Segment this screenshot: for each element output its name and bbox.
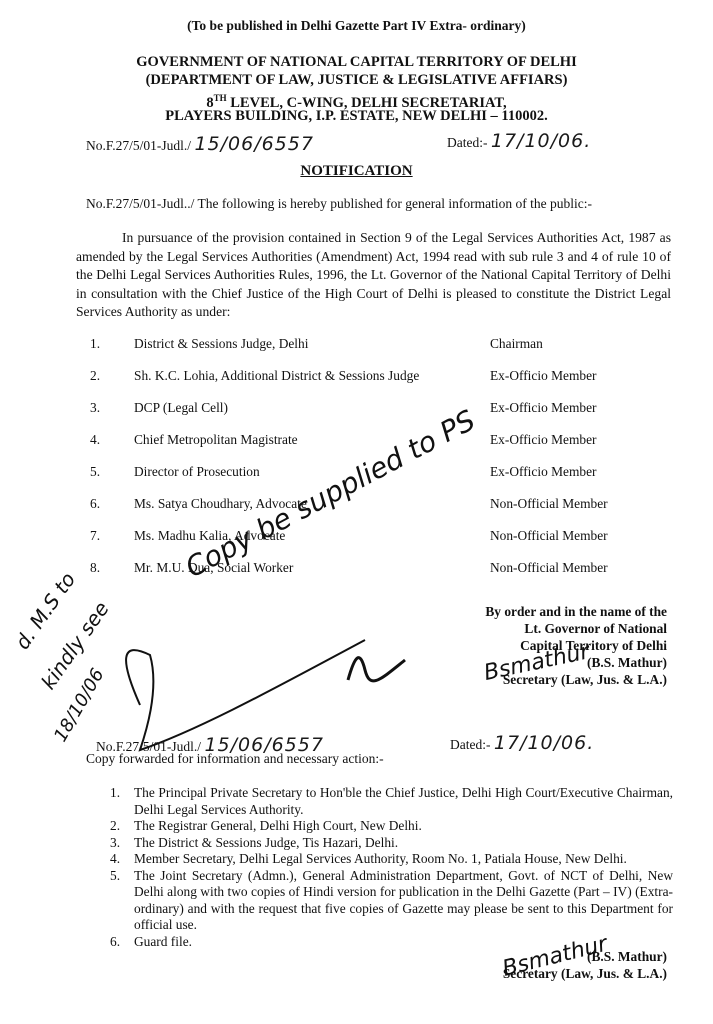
recipient-item: 2.The Registrar General, Delhi High Cour… bbox=[110, 818, 673, 835]
recipient-text: The Joint Secretary (Admn.), General Adm… bbox=[134, 868, 673, 933]
recipient-number: 6. bbox=[110, 934, 120, 951]
member-name: Chief Metropolitan Magistrate bbox=[134, 432, 298, 448]
reference-handwritten-number: 15/06/6557 bbox=[194, 133, 314, 155]
recipient-text: The Principal Private Secretary to Hon'b… bbox=[134, 785, 673, 817]
member-role: Non-Official Member bbox=[490, 496, 608, 512]
member-role: Chairman bbox=[490, 336, 543, 352]
body-paragraph: In pursuance of the provision contained … bbox=[76, 229, 671, 322]
recipient-text: Guard file. bbox=[134, 934, 192, 949]
publication-note: (To be published in Delhi Gazette Part I… bbox=[0, 18, 713, 34]
handwritten-note-copy: Copy be supplied to PS bbox=[180, 403, 481, 584]
member-number: 3. bbox=[90, 400, 100, 416]
recipient-number: 5. bbox=[110, 868, 120, 885]
recipient-item: 5.The Joint Secretary (Admn.), General A… bbox=[110, 868, 673, 934]
member-number: 1. bbox=[90, 336, 100, 352]
member-role: Non-Official Member bbox=[490, 528, 608, 544]
recipient-text: The District & Sessions Judge, Tis Hazar… bbox=[134, 835, 398, 850]
member-name: DCP (Legal Cell) bbox=[134, 400, 228, 416]
recipient-text: The Registrar General, Delhi High Court,… bbox=[134, 818, 422, 833]
intro-line: No.F.27/5/01-Judl../ The following is he… bbox=[86, 196, 592, 212]
copy-reference-date: Dated:- 17/10/06. bbox=[450, 732, 594, 754]
recipient-number: 3. bbox=[110, 835, 120, 852]
recipient-number: 4. bbox=[110, 851, 120, 868]
header-department: (DEPARTMENT OF LAW, JUSTICE & LEGISLATIV… bbox=[0, 71, 713, 89]
recipient-item: 3.The District & Sessions Judge, Tis Haz… bbox=[110, 835, 673, 852]
order-line2: Lt. Governor of National bbox=[485, 620, 667, 637]
copy-intro: Copy forwarded for information and neces… bbox=[86, 751, 384, 767]
member-number: 4. bbox=[90, 432, 100, 448]
member-number: 6. bbox=[90, 496, 100, 512]
reference-prefix: No.F.27/5/01-Judl./ bbox=[86, 138, 191, 153]
header-government: GOVERNMENT OF NATIONAL CAPITAL TERRITORY… bbox=[0, 53, 713, 71]
dated-handwritten: 17/10/06. bbox=[491, 130, 591, 152]
member-name: District & Sessions Judge, Delhi bbox=[134, 336, 308, 352]
recipients-list: 1.The Principal Private Secretary to Hon… bbox=[110, 785, 673, 950]
member-role: Ex-Officio Member bbox=[490, 432, 596, 448]
member-role: Ex-Officio Member bbox=[490, 368, 596, 384]
notification-title: NOTIFICATION bbox=[0, 163, 713, 180]
member-number: 2. bbox=[90, 368, 100, 384]
header-level-sup: TH bbox=[214, 93, 227, 103]
member-number: 7. bbox=[90, 528, 100, 544]
reference-number: No.F.27/5/01-Judl./ 15/06/6557 bbox=[86, 133, 314, 155]
dated-label: Dated:- bbox=[447, 135, 487, 150]
member-name: Director of Prosecution bbox=[134, 464, 260, 480]
reference-date: Dated:- 17/10/06. bbox=[447, 130, 591, 152]
recipient-text: Member Secretary, Delhi Legal Services A… bbox=[134, 851, 627, 866]
copy-dated-label: Dated:- bbox=[450, 737, 490, 752]
order-line1: By order and in the name of the bbox=[485, 603, 667, 620]
member-number: 5. bbox=[90, 464, 100, 480]
recipient-item: 4.Member Secretary, Delhi Legal Services… bbox=[110, 851, 673, 868]
order-block: By order and in the name of the Lt. Gove… bbox=[485, 603, 667, 688]
final-signature-block: Bsmathur (B.S. Mathur) Secretary (Law, J… bbox=[503, 948, 667, 982]
header-address-line2: PLAYERS BUILDING, I.P. ESTATE, NEW DELHI… bbox=[0, 107, 713, 125]
recipient-number: 1. bbox=[110, 785, 120, 802]
member-role: Ex-Officio Member bbox=[490, 400, 596, 416]
member-name: Sh. K.C. Lohia, Additional District & Se… bbox=[134, 368, 419, 384]
member-role: Ex-Officio Member bbox=[490, 464, 596, 480]
copy-dated-handwritten: 17/10/06. bbox=[494, 732, 594, 754]
recipient-item: 1.The Principal Private Secretary to Hon… bbox=[110, 785, 673, 818]
recipient-number: 2. bbox=[110, 818, 120, 835]
